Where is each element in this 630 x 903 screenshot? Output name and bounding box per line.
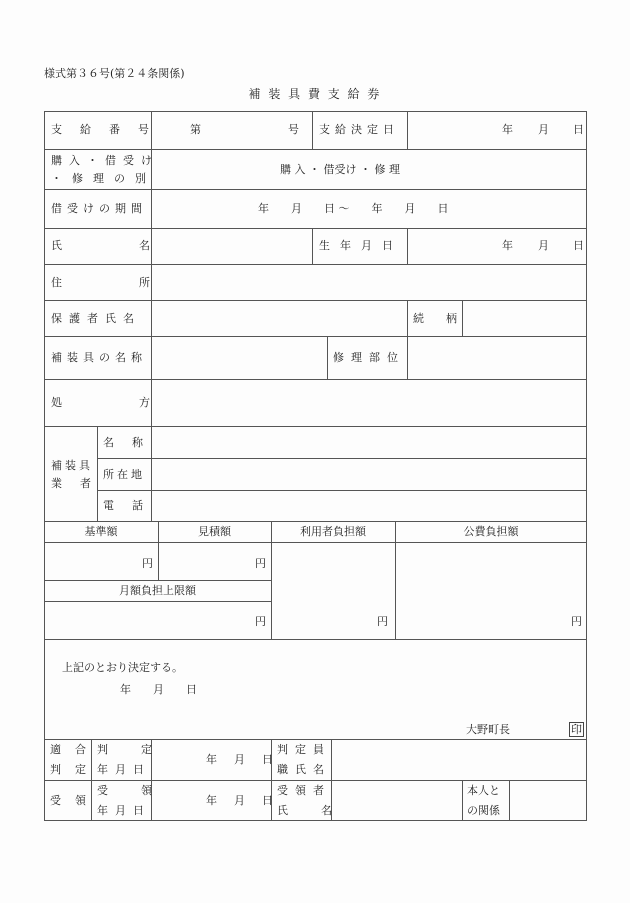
- relation-label-line2: の関係: [467, 805, 500, 816]
- decision-date-day: 日: [573, 124, 584, 135]
- category-label-line1: 購入・借受け: [51, 155, 159, 166]
- monthly-limit-field[interactable]: [45, 602, 270, 638]
- name-field[interactable]: [152, 229, 311, 263]
- user-burden-header: 利用者負担額: [271, 526, 395, 537]
- monthly-limit-yen: 円: [255, 616, 266, 627]
- divider: [44, 521, 587, 522]
- officer-name-field[interactable]: [332, 740, 586, 779]
- decision-date-label: 支給決定日: [319, 124, 399, 135]
- device-name-label: 補装具の名称: [51, 352, 147, 363]
- receipt-date-label-line1: 受領: [97, 785, 185, 796]
- divider: [97, 426, 98, 521]
- rental-period-label: 借受けの期間: [51, 203, 147, 214]
- payment-number-suffix: 号: [288, 124, 299, 135]
- estimate-amount-field[interactable]: [159, 543, 270, 579]
- conformity-date-value[interactable]: 年 月 日: [206, 754, 276, 765]
- relation-field[interactable]: [510, 781, 586, 820]
- vendor-location-field[interactable]: [152, 459, 586, 489]
- vendor-name-field[interactable]: [152, 427, 586, 457]
- label-text: 支給番号: [51, 124, 167, 135]
- vendor-location-label: 所在地: [103, 469, 145, 480]
- vendor-phone-field[interactable]: [152, 491, 586, 520]
- decision-date[interactable]: 年 月 日: [120, 684, 197, 695]
- category-label-line2: ・修理の別: [51, 173, 156, 184]
- rental-period-value[interactable]: 年 月 日 〜 年 月 日: [258, 203, 449, 214]
- conformity-date-label-line2: 年月日: [97, 764, 151, 775]
- standard-amount-field[interactable]: [45, 543, 157, 579]
- form-number: 様式第３６号(第２４条関係): [44, 68, 185, 79]
- divider: [44, 149, 587, 150]
- conformity-label-line1: 適合: [50, 744, 100, 755]
- conformity-date-label-line1: 判定: [97, 744, 185, 755]
- divider: [312, 228, 313, 264]
- divider: [327, 336, 328, 379]
- divider: [44, 639, 587, 640]
- officer-label-line1: 判定員: [277, 744, 331, 755]
- device-name-field[interactable]: [152, 337, 326, 378]
- payment-number-label: 支給番号: [51, 124, 145, 135]
- receipt-label: 受領: [50, 795, 100, 806]
- issuer-name: 大野町長: [466, 724, 510, 735]
- estimate-amount-header: 見積額: [158, 526, 271, 537]
- guardian-name-field[interactable]: [152, 301, 406, 335]
- standard-amount-yen: 円: [142, 558, 153, 569]
- user-burden-yen: 円: [377, 616, 388, 627]
- divider: [44, 580, 271, 581]
- conformity-label-line2: 判定: [50, 764, 100, 775]
- decision-statement: 上記のとおり決定する。: [62, 662, 183, 673]
- divider: [44, 780, 587, 781]
- standard-amount-header: 基準額: [44, 526, 158, 537]
- divider: [462, 780, 463, 821]
- payment-number-field[interactable]: [200, 116, 280, 144]
- receipt-date-label-line2: 年月日: [97, 805, 151, 816]
- guardian-name-label: 保護者氏名: [51, 313, 141, 324]
- receiver-name-field[interactable]: [332, 781, 461, 820]
- vendor-label-line2: 業者: [51, 478, 109, 489]
- relation-label-line1: 本人と: [467, 785, 500, 796]
- repair-part-field[interactable]: [408, 337, 586, 378]
- monthly-limit-label: 月額負担上限額: [44, 585, 271, 596]
- page-title: 補 装 具 費 支 給 券: [0, 88, 630, 100]
- public-burden-header: 公費負担額: [395, 526, 587, 537]
- birth-date-month: 月: [538, 240, 549, 251]
- birth-date-field[interactable]: [408, 229, 586, 263]
- decision-date-month: 月: [538, 124, 549, 135]
- category-options[interactable]: 購 入 ・ 借受け ・ 修 理: [280, 164, 400, 175]
- decision-date-year: 年: [502, 124, 513, 135]
- birth-date-year: 年: [502, 240, 513, 251]
- birth-date-label: 生年月日: [319, 240, 403, 251]
- divider: [44, 189, 587, 190]
- repair-part-label: 修理部位: [333, 352, 405, 363]
- vendor-label-line1: 補装具: [51, 460, 93, 471]
- officer-label-line2: 職氏名: [277, 764, 331, 775]
- decision-date-field[interactable]: [408, 112, 586, 148]
- relationship-field[interactable]: [463, 301, 586, 335]
- address-field[interactable]: [152, 265, 586, 299]
- public-burden-field[interactable]: [396, 543, 586, 638]
- receiver-label-line1: 受領者: [277, 785, 331, 796]
- estimate-amount-yen: 円: [255, 558, 266, 569]
- divider: [271, 739, 272, 821]
- receipt-date-value[interactable]: 年 月 日: [206, 795, 276, 806]
- public-burden-yen: 円: [571, 616, 582, 627]
- user-burden-field[interactable]: [272, 543, 394, 638]
- prescription-field[interactable]: [152, 380, 586, 425]
- birth-date-day: 日: [573, 240, 584, 251]
- divider: [312, 111, 313, 149]
- seal-stamp: 印: [569, 722, 584, 737]
